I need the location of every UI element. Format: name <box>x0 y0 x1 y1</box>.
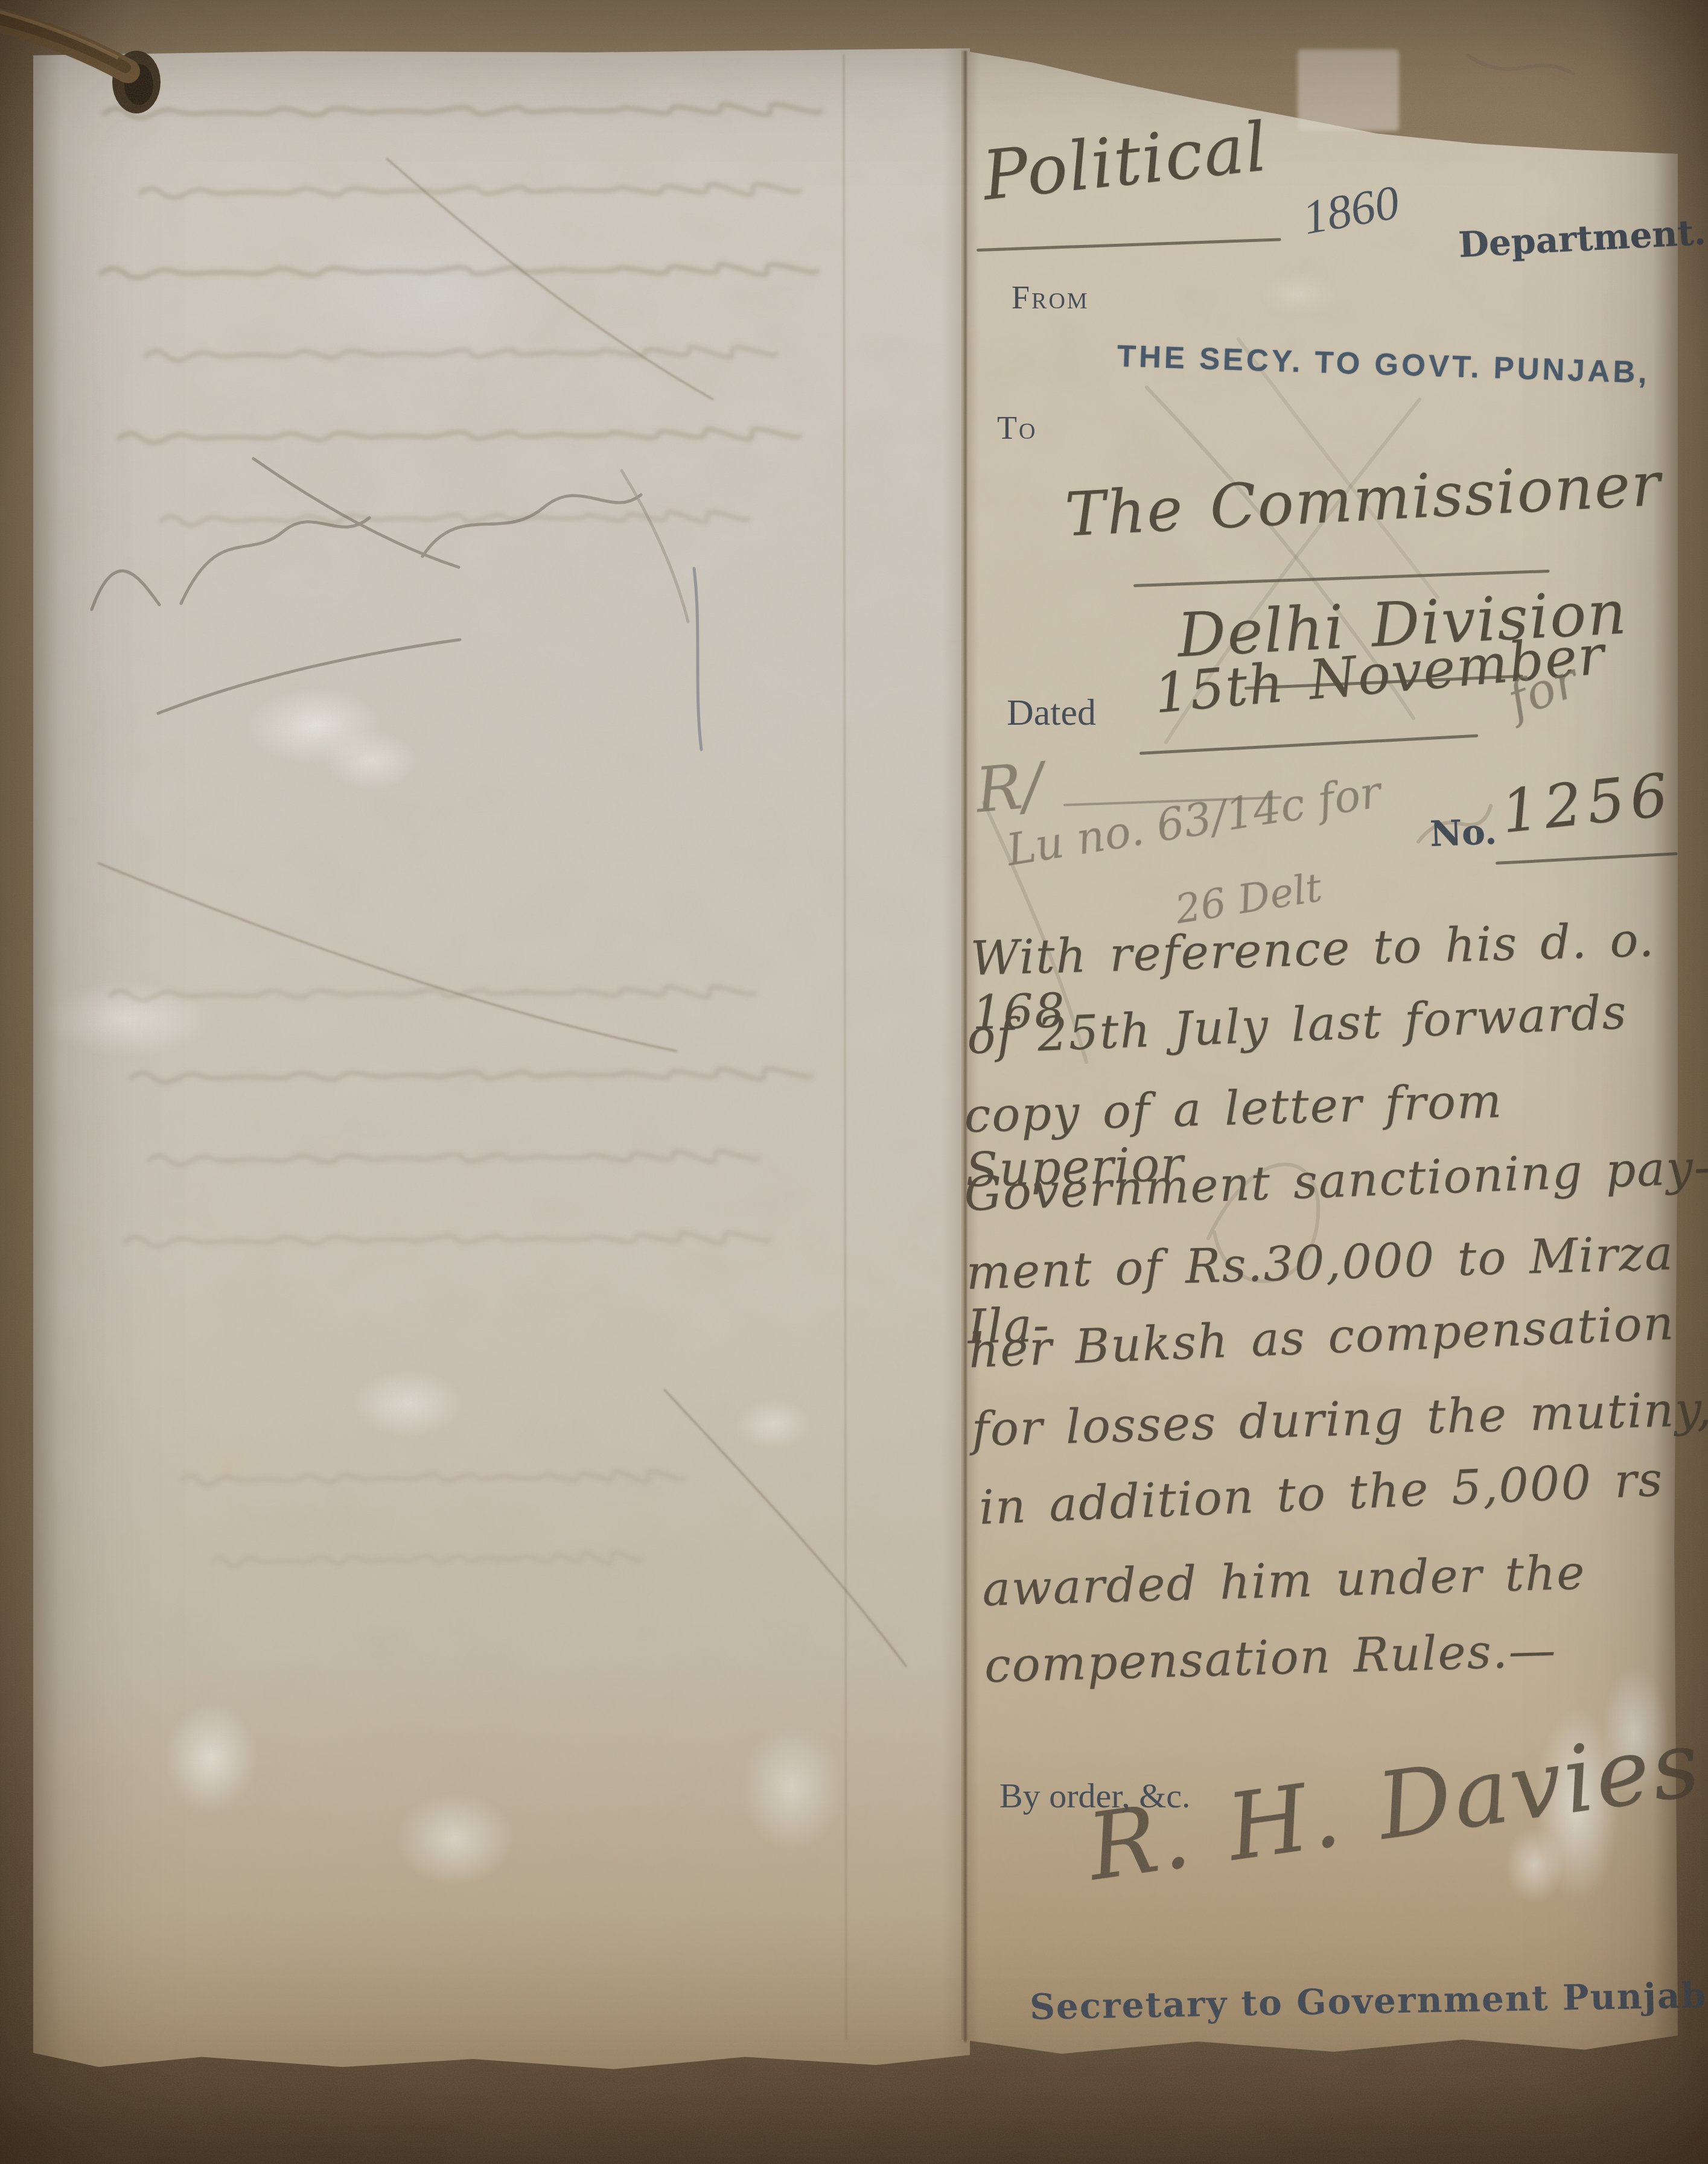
left-blank-page <box>33 48 970 2071</box>
body-line: for losses during the mutiny, <box>971 1382 1708 1457</box>
archival-document-photo: Political 1860 Department. From THE SECY… <box>0 0 1708 2164</box>
number-label: No. <box>1429 811 1497 854</box>
body-line: awarded him under the <box>981 1545 1586 1617</box>
letter-body: With reference to his d. o. 168 of 25th … <box>957 911 1708 1728</box>
from-label: From <box>1012 279 1089 316</box>
dated-label: Dated <box>1007 692 1096 734</box>
body-line: in addition to the 5,000 rs <box>978 1453 1664 1535</box>
to-label: To <box>997 409 1037 447</box>
tape-remnant-patch <box>1298 49 1399 131</box>
binding-string-highlight <box>0 8 118 58</box>
body-line: compensation Rules.— <box>984 1623 1558 1693</box>
pencil-docket-mark: R/ <box>973 749 1046 827</box>
